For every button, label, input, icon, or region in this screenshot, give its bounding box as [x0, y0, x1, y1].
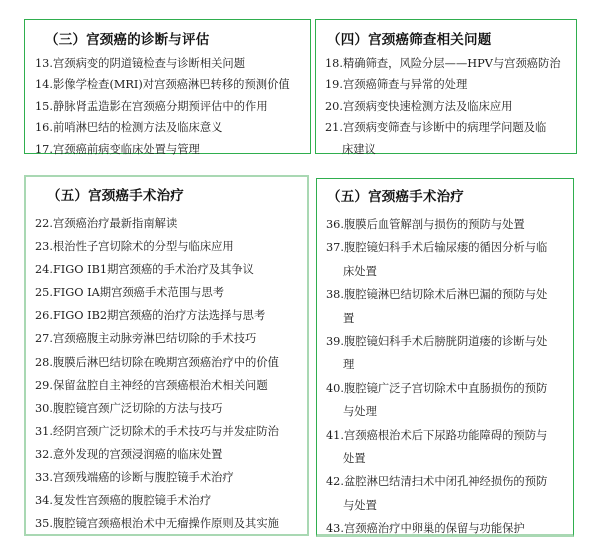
list-item: 28.腹膜后淋巴结切除在晚期宫颈癌治疗中的价值	[35, 351, 307, 374]
item-number: 42.	[326, 475, 344, 488]
list-item: 32.意外发现的宫颈浸润癌的临床处置	[35, 443, 307, 466]
item-text: 腹腔镜宫颈广泛切除的方法与技巧	[53, 402, 222, 415]
section-box-screening: （四）宫颈癌筛查相关问题 18.精确筛查，风险分层——HPV与宫颈癌防治 19.…	[315, 19, 577, 154]
item-text: 宫颈癌治疗最新指南解读	[53, 217, 177, 230]
list-item: 39.腹腔镜妇科手术后膀胱阴道瘘的诊断与处理	[326, 330, 573, 377]
item-number: 26.	[35, 309, 53, 322]
list-item: 23.根治性子宫切除术的分型与临床应用	[35, 235, 307, 258]
list-item: 22.宫颈癌治疗最新指南解读	[35, 212, 307, 235]
list-item: 34.复发性宫颈癌的腹腔镜手术治疗	[35, 489, 307, 512]
item-number: 21.	[325, 121, 343, 134]
item-text-continuation: 理	[326, 353, 573, 376]
list-item: 36.腹膜后血管解剖与损伤的预防与处置	[326, 213, 573, 236]
item-text: 腹腔镜广泛子宫切除术中直肠损伤的预防	[344, 382, 547, 395]
item-number: 40.	[326, 382, 344, 395]
list-item: 41.宫颈癌根治术后下尿路功能障碍的预防与处置	[326, 424, 573, 471]
item-text: 宫颈癌腹主动脉旁淋巴结切除的手术技巧	[53, 332, 256, 345]
item-text: 前哨淋巴结的检测方法及临床意义	[53, 121, 222, 134]
item-number: 41.	[326, 429, 344, 442]
item-text: 腹膜后血管解剖与损伤的预防与处置	[344, 218, 525, 231]
item-text: 静脉肾盂造影在宫颈癌分期预评估中的作用	[53, 100, 268, 113]
item-text: 宫颈病变筛查与诊断中的病理学问题及临	[343, 121, 546, 134]
item-text: 宫颈癌筛查与异常的处理	[343, 78, 467, 91]
list-item: 26.FIGO IB2期宫颈癌的治疗方法选择与思考	[35, 304, 307, 327]
item-number: 39.	[326, 335, 344, 348]
list-item: 19.宫颈癌筛查与异常的处理	[325, 74, 576, 95]
item-number: 19.	[325, 78, 343, 91]
item-number: 13.	[35, 57, 53, 70]
item-number: 24.	[35, 263, 53, 276]
list-item: 30.腹腔镜宫颈广泛切除的方法与技巧	[35, 397, 307, 420]
item-number: 29.	[35, 379, 53, 392]
item-text: 宫颈癌前病变临床处置与管理	[53, 143, 200, 156]
item-number: 20.	[325, 100, 343, 113]
list-item: 17.宫颈癌前病变临床处置与管理	[35, 139, 310, 160]
item-number: 17.	[35, 143, 53, 156]
item-number: 43.	[326, 522, 344, 535]
item-number: 33.	[35, 471, 53, 484]
section-title: （四）宫颈癌筛查相关问题	[327, 30, 576, 50]
topic-list: 36.腹膜后血管解剖与损伤的预防与处置 37.腹腔镜妇科手术后输尿瘘的循因分析与…	[326, 213, 573, 541]
topic-list: 13.宫颈病变的阴道镜检查与诊断相关问题 14.影像学检查(MRI)对宫颈癌淋巴…	[35, 53, 310, 160]
item-number: 22.	[35, 217, 53, 230]
item-text: 保留盆腔自主神经的宫颈癌根治术相关问题	[53, 379, 268, 392]
item-number: 18.	[325, 57, 343, 70]
item-text: 腹腔镜妇科手术后输尿瘘的循因分析与临	[344, 241, 547, 254]
item-text: 腹腔镜淋巴结切除术后淋巴漏的预防与处	[344, 288, 547, 301]
item-number: 38.	[326, 288, 344, 301]
section-box-surgery-part1: （五）宫颈癌手术治疗 22.宫颈癌治疗最新指南解读 23.根治性子宫切除术的分型…	[24, 175, 309, 536]
item-text: FIGO IB1期宫颈癌的手术治疗及其争议	[53, 263, 254, 276]
item-text-continuation: 与处置	[326, 494, 573, 517]
list-item: 13.宫颈病变的阴道镜检查与诊断相关问题	[35, 53, 310, 74]
list-item: 37.腹腔镜妇科手术后输尿瘘的循因分析与临床处置	[326, 236, 573, 283]
item-text: 盆腔淋巴结清扫术中闭孔神经损伤的预防	[344, 475, 547, 488]
item-text: 腹腔镜妇科手术后膀胱阴道瘘的诊断与处	[344, 335, 547, 348]
item-number: 35.	[35, 517, 53, 530]
item-text: 根治性子宫切除术的分型与临床应用	[53, 240, 234, 253]
item-text: 经阴宫颈广泛切除术的手术技巧与并发症防治	[53, 425, 279, 438]
list-item: 31.经阴宫颈广泛切除术的手术技巧与并发症防治	[35, 420, 307, 443]
item-text-continuation: 床处置	[326, 260, 573, 283]
item-number: 23.	[35, 240, 53, 253]
item-text: FIGO IB2期宫颈癌的治疗方法选择与思考	[53, 309, 265, 322]
item-number: 32.	[35, 448, 53, 461]
item-text-continuation: 处置	[326, 447, 573, 470]
item-number: 36.	[326, 218, 344, 231]
list-item: 29.保留盆腔自主神经的宫颈癌根治术相关问题	[35, 374, 307, 397]
item-text: 宫颈癌治疗中卵巢的保留与功能保护	[344, 522, 525, 535]
item-number: 14.	[35, 78, 53, 91]
list-item: 42.盆腔淋巴结清扫术中闭孔神经损伤的预防与处置	[326, 470, 573, 517]
list-item: 25.FIGO IA期宫颈癌手术范围与思考	[35, 281, 307, 304]
item-number: 34.	[35, 494, 53, 507]
item-number: 31.	[35, 425, 53, 438]
section-title: （三）宫颈癌的诊断与评估	[45, 30, 310, 50]
item-text: 宫颈病变快速检测方法及临床应用	[343, 100, 512, 113]
item-number: 15.	[35, 100, 53, 113]
item-text: 宫颈癌根治术后下尿路功能障碍的预防与	[344, 429, 547, 442]
section-box-surgery-part2: （五）宫颈癌手术治疗 36.腹膜后血管解剖与损伤的预防与处置 37.腹腔镜妇科手…	[316, 178, 574, 537]
list-item: 24.FIGO IB1期宫颈癌的手术治疗及其争议	[35, 258, 307, 281]
item-text: 复发性宫颈癌的腹腔镜手术治疗	[53, 494, 211, 507]
item-text-continuation: 置	[326, 307, 573, 330]
list-item: 14.影像学检查(MRI)对宫颈癌淋巴转移的预测价值	[35, 74, 310, 95]
item-text-continuation: 与处理	[326, 400, 573, 423]
item-text: 精确筛查，风险分层——HPV与宫颈癌防治	[343, 57, 561, 70]
section-title: （五）宫颈癌手术治疗	[327, 186, 573, 208]
item-number: 27.	[35, 332, 53, 345]
item-text: 宫颈病变的阴道镜检查与诊断相关问题	[53, 57, 245, 70]
section-title: （五）宫颈癌手术治疗	[47, 185, 307, 207]
list-item: 33.宫颈残端癌的诊断与腹腔镜手术治疗	[35, 466, 307, 489]
list-item: 43.宫颈癌治疗中卵巢的保留与功能保护	[326, 517, 573, 540]
list-item: 18.精确筛查，风险分层——HPV与宫颈癌防治	[325, 53, 576, 74]
item-text: 腹腔镜宫颈癌根治术中无瘤操作原则及其实施	[53, 517, 279, 530]
list-item: 40.腹腔镜广泛子宫切除术中直肠损伤的预防与处理	[326, 377, 573, 424]
item-text: 宫颈残端癌的诊断与腹腔镜手术治疗	[53, 471, 234, 484]
topic-list: 22.宫颈癌治疗最新指南解读 23.根治性子宫切除术的分型与临床应用 24.FI…	[35, 212, 307, 535]
item-text: 意外发现的宫颈浸润癌的临床处置	[53, 448, 222, 461]
item-text: FIGO IA期宫颈癌手术范围与思考	[53, 286, 224, 299]
topic-list: 18.精确筛查，风险分层——HPV与宫颈癌防治 19.宫颈癌筛查与异常的处理 2…	[325, 53, 576, 160]
list-item: 38.腹腔镜淋巴结切除术后淋巴漏的预防与处置	[326, 283, 573, 330]
item-number: 30.	[35, 402, 53, 415]
item-text: 影像学检查(MRI)对宫颈癌淋巴转移的预测价值	[53, 78, 290, 91]
list-item: 20.宫颈病变快速检测方法及临床应用	[325, 96, 576, 117]
item-text-continuation: 床建议	[325, 139, 576, 160]
item-number: 25.	[35, 286, 53, 299]
list-item: 16.前哨淋巴结的检测方法及临床意义	[35, 117, 310, 138]
list-item: 15.静脉肾盂造影在宫颈癌分期预评估中的作用	[35, 96, 310, 117]
list-item: 27.宫颈癌腹主动脉旁淋巴结切除的手术技巧	[35, 327, 307, 350]
item-text: 腹膜后淋巴结切除在晚期宫颈癌治疗中的价值	[53, 356, 279, 369]
item-number: 37.	[326, 241, 344, 254]
section-box-diagnosis: （三）宫颈癌的诊断与评估 13.宫颈病变的阴道镜检查与诊断相关问题 14.影像学…	[24, 19, 311, 154]
list-item: 35.腹腔镜宫颈癌根治术中无瘤操作原则及其实施	[35, 512, 307, 535]
list-item: 21.宫颈病变筛查与诊断中的病理学问题及临床建议	[325, 117, 576, 160]
item-number: 28.	[35, 356, 53, 369]
item-number: 16.	[35, 121, 53, 134]
